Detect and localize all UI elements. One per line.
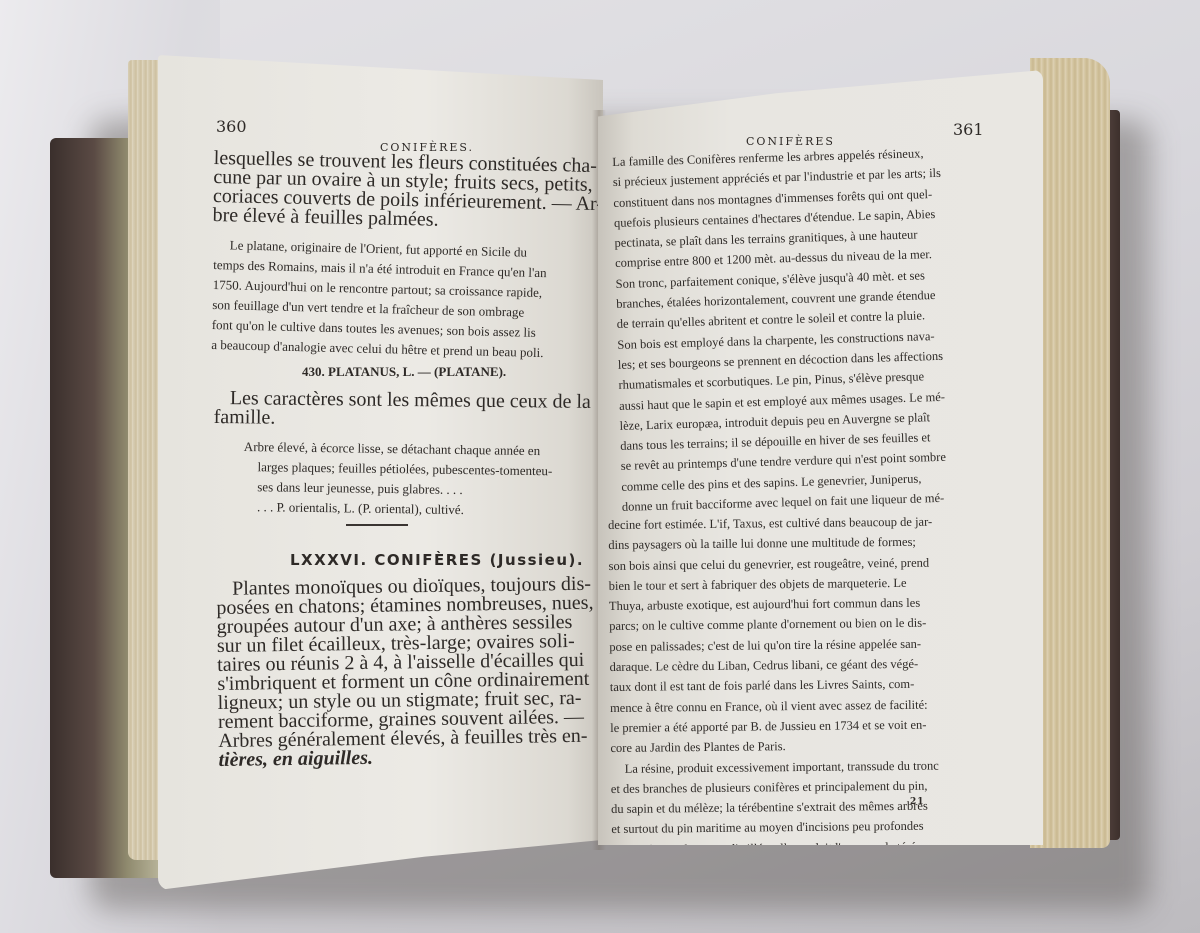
family-title: LXXXVI. CONIFÈRES (Jussieu). (290, 551, 584, 569)
conifer-family-text-continued: decine fort estimée. L'if, Taxus, est cu… (608, 512, 940, 860)
species-description: Arbre élevé, à écorce lisse, se détachan… (243, 437, 553, 521)
genus-text: Les caractères sont les mêmes que ceux d… (214, 389, 591, 431)
left-page: 360 CONIFÈRES. lesquelles se trouvent le… (158, 55, 603, 890)
genus-heading: 430. PLATANUS, L. — (PLATANE). (302, 362, 506, 382)
section-rule (346, 524, 408, 526)
text-line: dins paysagers où la taille lui donne un… (608, 532, 936, 556)
platane-paragraph: Le platane, originaire de l'Orient, fut … (211, 235, 547, 363)
page-number: 361 (953, 120, 984, 139)
right-page: 361 CONIFÈRES La famille des Conifères r… (598, 70, 1043, 845)
text-line: le premier a été apporté par B. de Jussi… (610, 715, 938, 739)
conifer-family-text: La famille des Conifères renferme les ar… (612, 143, 950, 517)
family-description: Plantes monoïques ou dioïques, toujours … (216, 575, 596, 770)
page-number: 360 (216, 117, 247, 136)
signature-mark: 21 (910, 797, 925, 807)
continued-text: lesquelles se trouvent les fleurs consti… (212, 149, 604, 233)
